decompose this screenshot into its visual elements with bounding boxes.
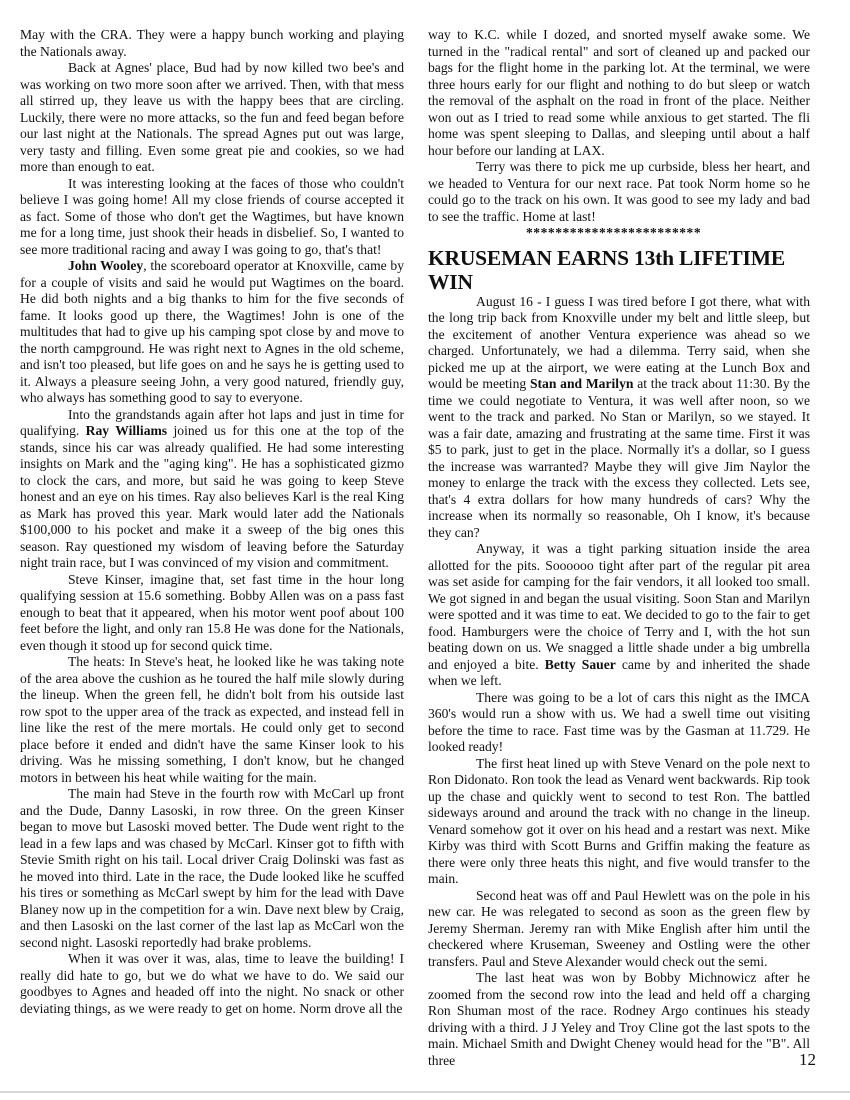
paragraph: The heats: In Steve's heat, he looked li… bbox=[20, 654, 404, 786]
bold-name: John Wooley bbox=[68, 258, 143, 273]
paragraph: Second heat was off and Paul Hewlett was… bbox=[428, 888, 810, 971]
paragraph: The first heat lined up with Steve Venar… bbox=[428, 756, 810, 888]
left-column: May with the CRA. They were a happy bunc… bbox=[20, 27, 404, 1017]
paragraph: Terry was there to pick me up curbside, … bbox=[428, 159, 810, 225]
paragraph: Into the grandstands again after hot lap… bbox=[20, 407, 404, 572]
bold-name: Ray Williams bbox=[86, 423, 167, 438]
paragraph: There was going to be a lot of cars this… bbox=[428, 690, 810, 756]
paragraph: August 16 - I guess I was tired before I… bbox=[428, 294, 810, 542]
paragraph: The main had Steve in the fourth row wit… bbox=[20, 786, 404, 951]
right-column: way to K.C. while I dozed, and snorted m… bbox=[428, 27, 810, 1069]
page-bottom-edge bbox=[0, 1091, 850, 1093]
bold-name: Stan and Marilyn bbox=[530, 376, 634, 391]
section-separator: ************************ bbox=[428, 225, 810, 242]
paragraph-text: at the track about 11:30. By the time we… bbox=[428, 376, 810, 540]
paragraph-text: , the scoreboard operator at Knoxville, … bbox=[20, 258, 404, 405]
paragraph: way to K.C. while I dozed, and snorted m… bbox=[428, 27, 810, 159]
paragraph-text: Anyway, it was a tight parking situation… bbox=[428, 541, 810, 672]
paragraph: May with the CRA. They were a happy bunc… bbox=[20, 27, 404, 60]
paragraph: It was interesting looking at the faces … bbox=[20, 176, 404, 259]
paragraph: Steve Kinser, imagine that, set fast tim… bbox=[20, 572, 404, 655]
paragraph: The last heat was won by Bobby Michnowic… bbox=[428, 970, 810, 1069]
paragraph: Anyway, it was a tight parking situation… bbox=[428, 541, 810, 690]
bold-name: Betty Sauer bbox=[545, 657, 616, 672]
paragraph: When it was over it was, alas, time to l… bbox=[20, 951, 404, 1017]
paragraph-text: joined us for this one at the top of the… bbox=[20, 423, 404, 570]
paragraph: Back at Agnes' place, Bud had by now kil… bbox=[20, 60, 404, 176]
paragraph: John Wooley, the scoreboard operator at … bbox=[20, 258, 404, 407]
page-number: 12 bbox=[799, 1050, 816, 1070]
article-headline: KRUSEMAN EARNS 13th LIFETIME WIN bbox=[428, 246, 810, 294]
